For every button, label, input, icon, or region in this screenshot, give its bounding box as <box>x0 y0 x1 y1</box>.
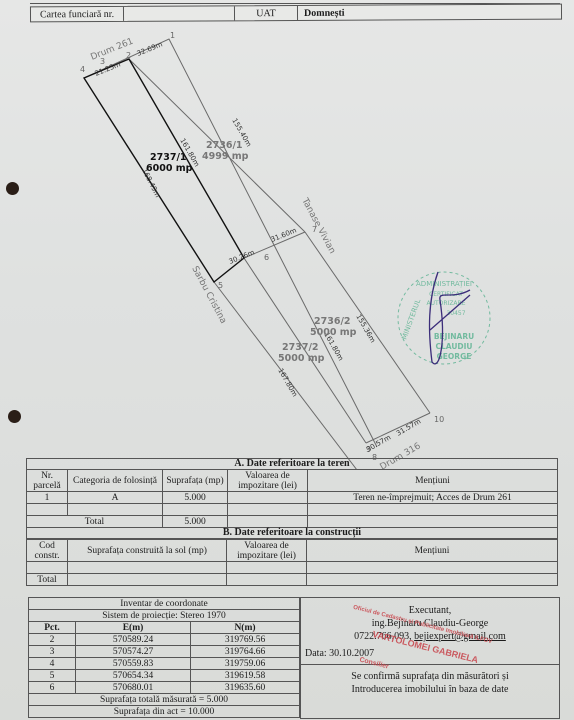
total-measured: Suprafața totală măsurată = 5.000 <box>29 694 300 706</box>
cell: 1 <box>27 492 68 504</box>
svg-text:6000 mp: 6000 mp <box>146 163 193 174</box>
svg-text:5000 mp: 5000 mp <box>310 327 357 338</box>
svg-text:5: 5 <box>218 281 223 290</box>
coords-title: Inventar de coordonate <box>29 598 300 610</box>
col-header: Valoarea de impozitare (lei) <box>227 540 307 562</box>
svg-text:167.80m: 167.80m <box>276 367 299 398</box>
coord-row: 5570654.34319619.58 <box>29 670 300 682</box>
col-header: Mențiuni <box>308 470 558 492</box>
col-header: Categoria de folosință <box>68 470 163 492</box>
cell: 570654.34 <box>76 670 191 682</box>
coord-row: 2570589.24319769.56 <box>29 634 300 646</box>
total-value: 5.000 <box>163 516 228 528</box>
coord-row: 3570574.27319764.66 <box>29 646 300 658</box>
col-header: Mențiuni <box>307 540 558 562</box>
cell: 6 <box>29 682 76 694</box>
cell: 3 <box>29 646 76 658</box>
col-header: N(m) <box>191 622 300 634</box>
executant-box: Executant, ing.Bejinaru Claudiu-George 0… <box>300 597 560 719</box>
svg-text:ADMINISTRAȚIEI: ADMINISTRAȚIEI <box>416 280 472 289</box>
cell: 5.000 <box>163 492 228 504</box>
col-header: Nr. parcelă <box>27 470 68 492</box>
confirm-line-1: Se confirmă suprafața din măsurători și <box>301 670 559 683</box>
cell <box>228 492 308 504</box>
total-label: Total <box>27 574 68 586</box>
cell: 570680.01 <box>76 682 191 694</box>
cell: Teren ne-împrejmuit; Acces de Drum 261 <box>308 492 558 504</box>
svg-text:2736/1: 2736/1 <box>206 140 243 151</box>
col-header: Valoarea de impozitare (lei) <box>228 470 308 492</box>
svg-text:2: 2 <box>126 51 131 60</box>
col-header: Pct. <box>29 622 76 634</box>
cell: 319769.56 <box>191 634 300 646</box>
svg-text:31.57m: 31.57m <box>395 417 422 437</box>
svg-text:6: 6 <box>264 253 269 262</box>
cell: 570589.24 <box>76 634 191 646</box>
col-header: E(m) <box>76 622 191 634</box>
svg-text:BEJINARU: BEJINARU <box>434 332 474 341</box>
col-header: Suprafața construită la sol (mp) <box>68 540 227 562</box>
coordinates-table: Inventar de coordonate Sistem de proiecț… <box>28 597 300 718</box>
confirm-line-2: Introducerea imobilului în baza de date <box>301 683 559 696</box>
col-header: Suprafața (mp) <box>163 470 228 492</box>
cell: 570559.83 <box>76 658 191 670</box>
svg-text:1: 1 <box>170 31 175 40</box>
svg-text:30.26m: 30.26m <box>228 248 256 266</box>
col-header: Cod constr. <box>27 540 68 562</box>
total-label: Total <box>27 516 163 528</box>
coord-row: 4570559.83319759.06 <box>29 658 300 670</box>
svg-text:2737/2: 2737/2 <box>282 342 319 353</box>
svg-text:4: 4 <box>80 65 85 74</box>
coords-system: Sistem de proiecție: Stereo 1970 <box>29 610 300 622</box>
area-act: Suprafața din act = 10.000 <box>29 706 300 718</box>
executant-title: Executant, <box>301 604 559 617</box>
coord-row: 6570680.01319635.60 <box>29 682 300 694</box>
cell: A <box>68 492 163 504</box>
svg-text:32.69m: 32.69m <box>136 40 164 58</box>
svg-text:MINISTERUL: MINISTERUL <box>400 298 422 341</box>
cell: 319635.60 <box>191 682 300 694</box>
section-a-title: A. Date referitoare la teren <box>27 459 558 470</box>
section-a-b: A. Date referitoare la teren Nr. parcelă… <box>26 458 558 586</box>
cell: 2 <box>29 634 76 646</box>
site-plan: 12345678910 21.23m32.69m168.49m161.80m15… <box>0 0 574 470</box>
cell: 4 <box>29 658 76 670</box>
cell: 319619.58 <box>191 670 300 682</box>
svg-text:Tanase Vivian: Tanase Vivian <box>299 196 337 256</box>
svg-text:10: 10 <box>434 415 444 424</box>
section-b-title: B. Date referitoare la construcții <box>27 528 558 539</box>
svg-text:21.23m: 21.23m <box>94 60 122 78</box>
cell: 319764.66 <box>191 646 300 658</box>
svg-text:30.57m: 30.57m <box>365 433 392 453</box>
svg-text:2736/2: 2736/2 <box>314 316 351 327</box>
svg-text:2737/1: 2737/1 <box>150 152 187 163</box>
svg-text:4999 mp: 4999 mp <box>202 151 249 162</box>
svg-text:5000 mp: 5000 mp <box>278 353 325 364</box>
svg-text:GEORGE: GEORGE <box>437 352 472 361</box>
cell: 570574.27 <box>76 646 191 658</box>
svg-text:155.36m: 155.36m <box>354 313 377 344</box>
cell: 5 <box>29 670 76 682</box>
cell: 319759.06 <box>191 658 300 670</box>
